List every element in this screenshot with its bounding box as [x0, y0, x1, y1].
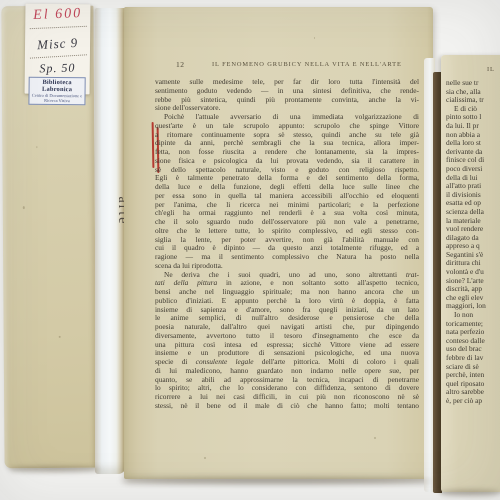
shelf-label: El 600 Misc 9 Sp. 50 Biblioteca Labronic…	[25, 4, 91, 95]
pages-fore-edge	[95, 8, 126, 474]
library-stamp: Biblioteca Labronica Centro di Documenta…	[28, 77, 85, 106]
red-margin-mark	[152, 122, 155, 168]
call-number-sp: Sp. 50	[29, 56, 86, 76]
library-dept-line2: Ricerca Visiva	[29, 98, 84, 104]
right-body-text: nelle sue trsia che, allacialissima, trE…	[446, 79, 500, 406]
call-number-misc: Misc 9	[28, 26, 87, 58]
left-page: 12 IL FENOMENO GRUBICY NELLA VITA E NELL…	[124, 7, 433, 479]
text-line: è, per ciò ap	[446, 397, 500, 406]
cover-shadow	[10, 467, 100, 472]
running-header: IL FENOMENO GRUBICY NELLA VITA E NELL'AR…	[212, 61, 388, 68]
right-page-shadow	[440, 490, 500, 496]
library-name: Biblioteca Labronica	[30, 79, 85, 94]
body-text: vamente sulle medesime tele, per far dir…	[155, 78, 419, 411]
call-number: El 600	[29, 5, 87, 29]
text-line: stessi, nè il bene od il male di ciò che…	[155, 402, 419, 411]
page-number: 12	[176, 60, 185, 69]
right-page: IL nelle sue trsia che, allacialissima, …	[441, 55, 500, 492]
page-shadow	[120, 478, 432, 484]
right-running-header: IL	[487, 66, 495, 73]
running-header-row: 12 IL FENOMENO GRUBICY NELLA VITA E NELL…	[124, 60, 433, 70]
